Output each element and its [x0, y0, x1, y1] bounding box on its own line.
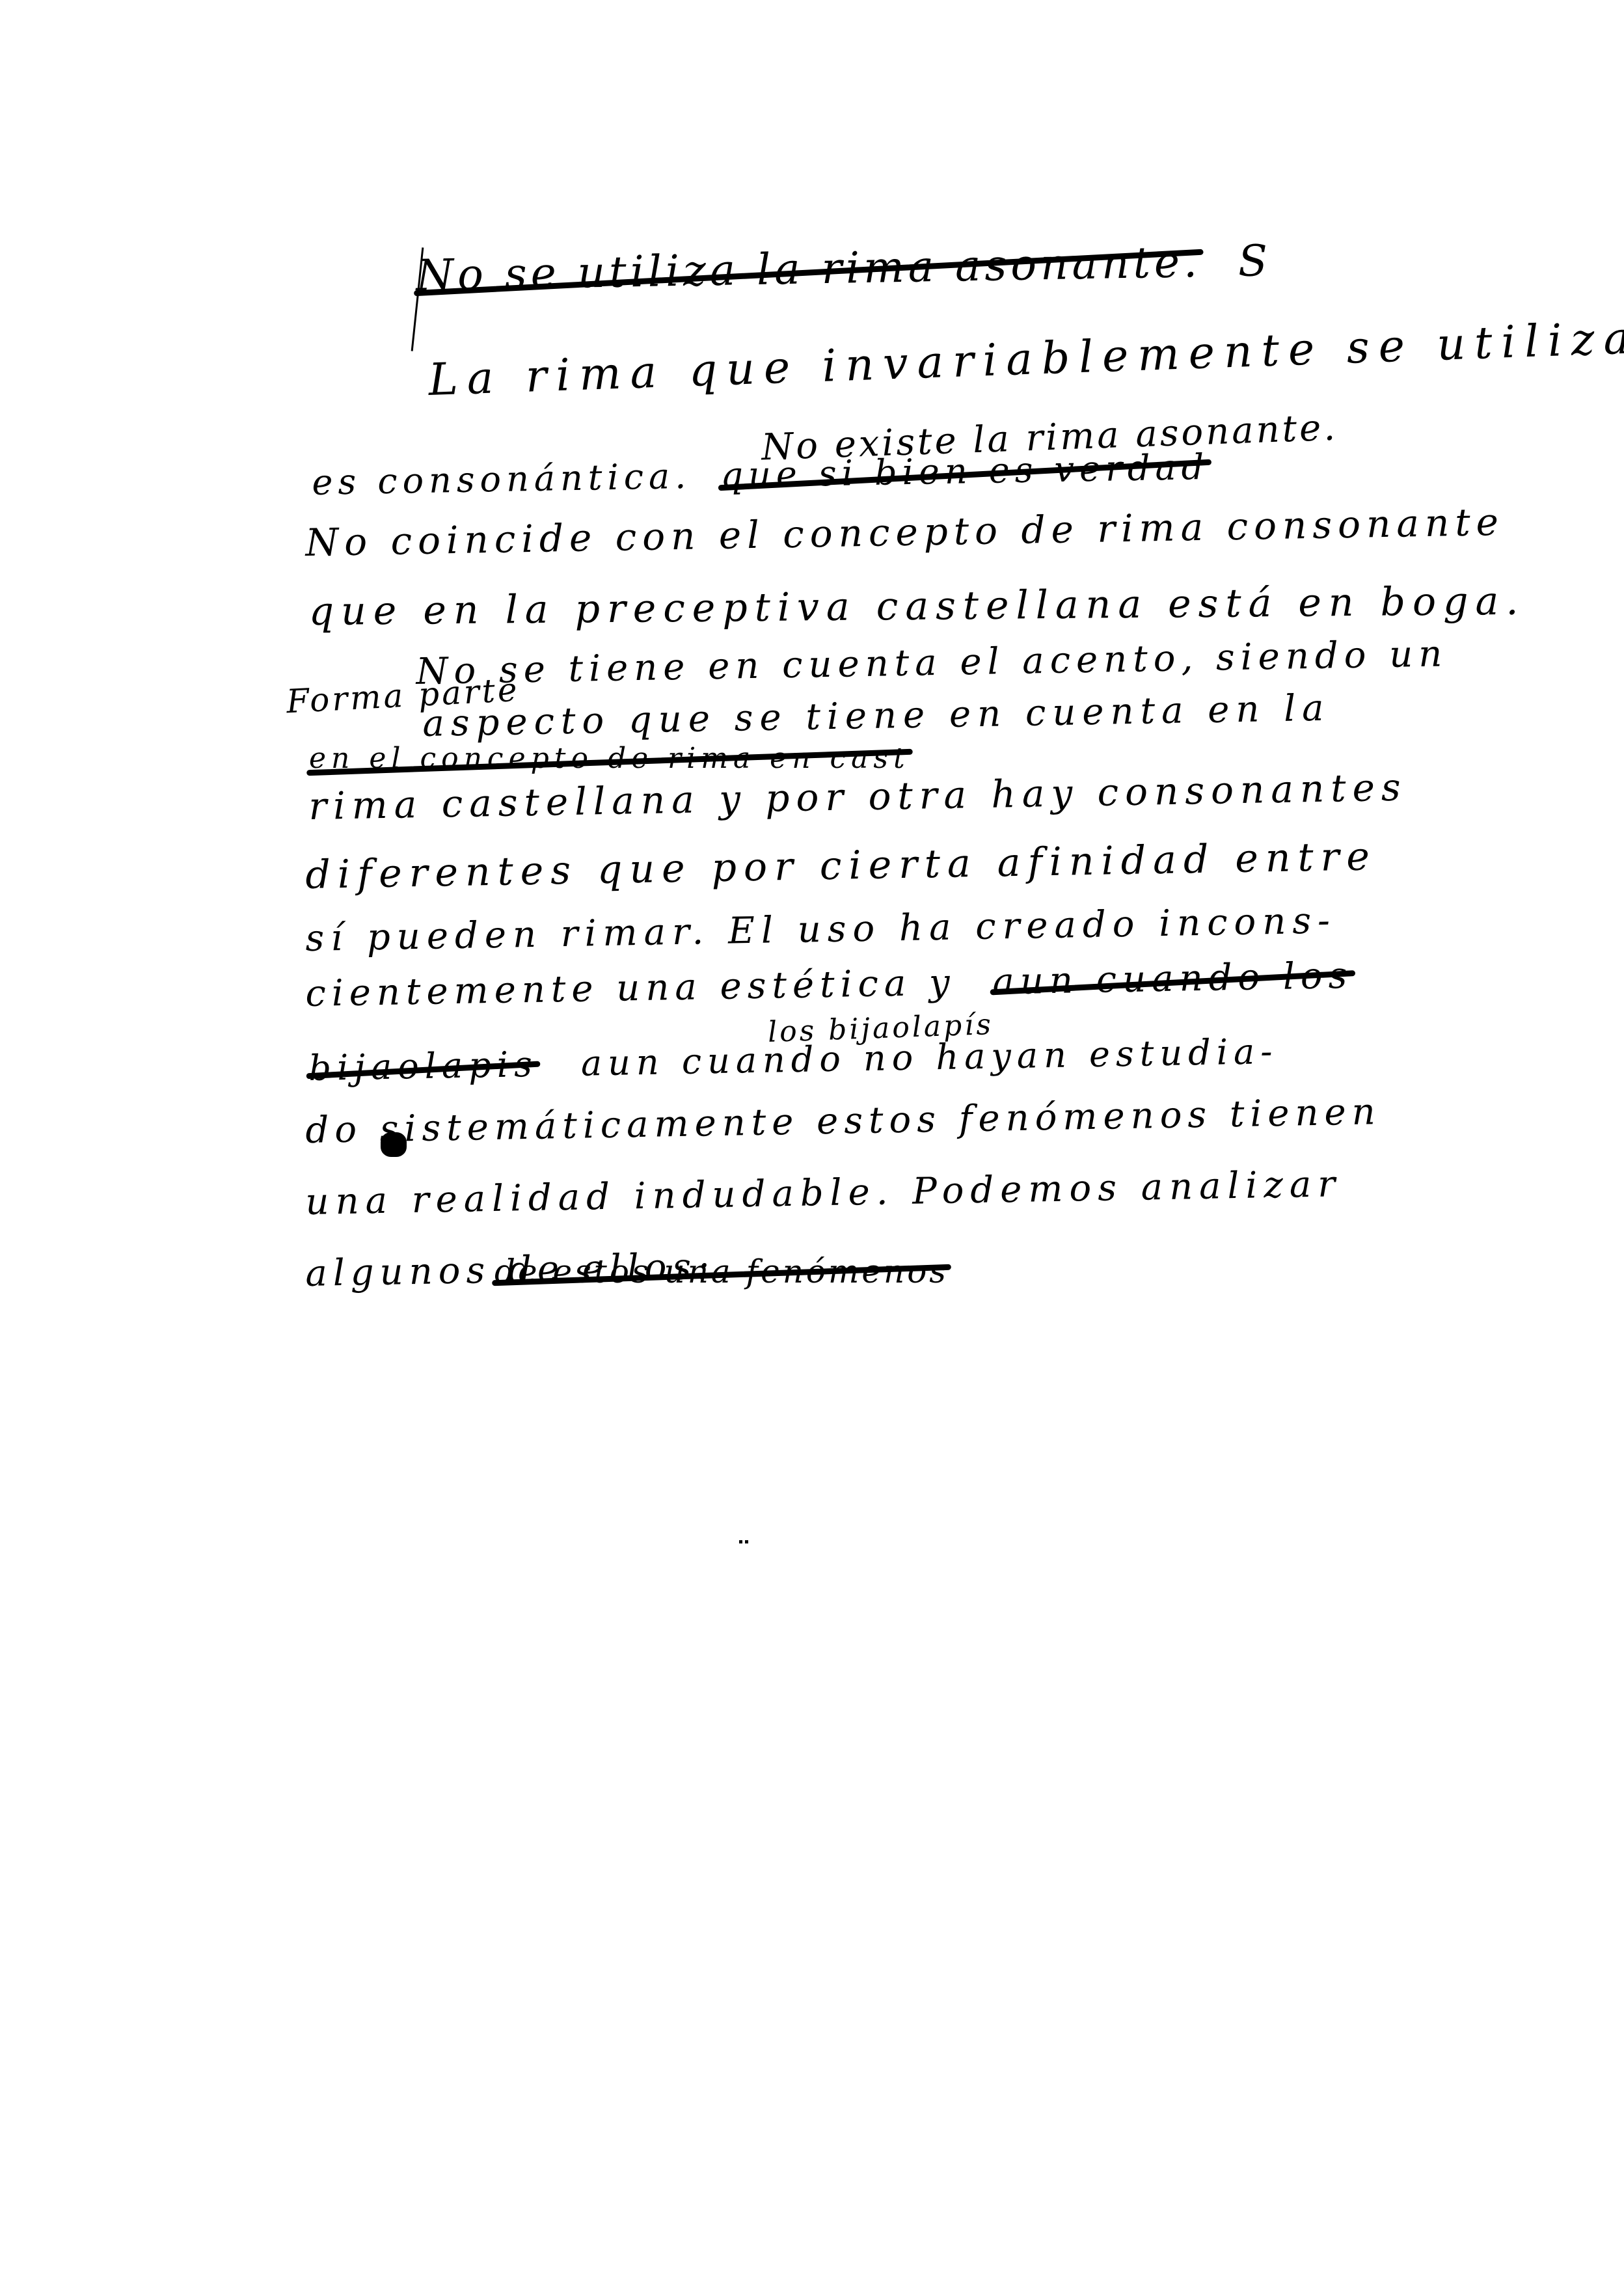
line-12: bijaolapis aun cuando no hayan estudia-: [308, 1031, 1279, 1089]
manuscript-page: No se utiliza la rima asonante. S La rim…: [0, 0, 1624, 2282]
line-10: sí pueden rimar. El uso ha creado incons…: [305, 899, 1337, 960]
line-1: La rima que invariablemente se utiliza: [427, 312, 1624, 406]
line-9: diferentes que por cierta afinidad entre: [305, 834, 1377, 898]
line-7-struck: en el concepto de rima en cast: [309, 742, 910, 775]
line-15-struck-middle-wrap: de estos una fenómenos: [494, 1253, 949, 1290]
line-7-struck-text: en el concepto de rima en cast: [309, 742, 910, 775]
line-12-text: aun cuando no hayan estudia-: [580, 1031, 1279, 1084]
line-2-struck-tail: que si bien es verdad: [720, 446, 1210, 496]
stray-mark: [739, 1540, 742, 1543]
line-6: aspecto que se tiene en cuenta en la: [422, 687, 1331, 745]
line-15-struck-middle: de estos una fenómenos: [494, 1253, 949, 1290]
line-2-text: es consonántica.: [312, 455, 692, 503]
line-11: cientemente una estética y aun cuando lo…: [305, 955, 1353, 1015]
struck-heading: No se utiliza la rima asonante. S: [416, 236, 1272, 301]
ink-blot: [381, 1132, 407, 1157]
line-2: es consonántica. que si bien es verdad: [312, 446, 1210, 503]
heading-text: No se utiliza la rima asonante.: [416, 237, 1202, 301]
line-13: do sistemáticamente estos fenómenos tien…: [305, 1091, 1381, 1152]
line-5: No se tiene en cuenta el acento, siendo …: [416, 632, 1448, 693]
line-4: que en la preceptiva castellana está en …: [308, 578, 1525, 634]
heading-trailing-mark: S: [1238, 236, 1272, 286]
line-12-struck-head: bijaolapis: [308, 1044, 538, 1089]
line-14: una realidad indudable. Podemos analizar: [305, 1163, 1342, 1223]
line-3: No coincide con el concepto de rima cons…: [305, 500, 1505, 565]
stray-mark: [745, 1540, 748, 1543]
line-11-struck-tail: aun cuando los: [992, 955, 1353, 1003]
line-11-text: cientemente una estética y: [305, 962, 956, 1015]
